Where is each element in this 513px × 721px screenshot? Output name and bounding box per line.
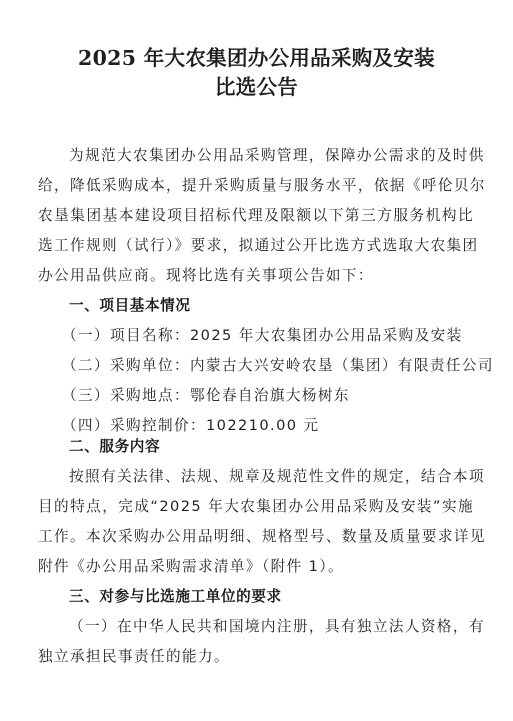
control-price-item: （四）采购控制价：102210.00 元 (62, 416, 498, 436)
service-line-2: 目的特点，完成“2025 年大农集团办公用品采购及安装”实施 (38, 497, 474, 517)
document-page: 2025 年大农集团办公用品采购及安装 比选公告 为规范大农集团办公用品采购管理… (0, 0, 513, 721)
document-title-line-1: 2025 年大农集团办公用品采购及安装 (0, 44, 513, 72)
intro-line-2: 给，降低采购成本，提升采购质量与服务水平，依据《呼伦贝尔 (38, 176, 474, 196)
section-heading-project-info: 一、项目基本情况 (69, 296, 505, 316)
intro-line-1: 为规范大农集团办公用品采购管理，保障办公需求的及时供 (69, 146, 474, 166)
intro-line-5: 办公用品供应商。现将比选有关事项公告如下： (38, 266, 474, 286)
requirement-line-1: （一）在中华人民共和国境内注册，具有独立法人资格，有 (69, 617, 474, 637)
document-title-line-2: 比选公告 (0, 73, 513, 101)
service-line-4: 附件《办公用品采购需求清单》（附件 1）。 (38, 557, 474, 577)
purchaser-item: （二）采购单位：内蒙古大兴安岭农垦（集团）有限责任公司 (62, 356, 498, 376)
project-name-item: （一）项目名称：2025 年大农集团办公用品采购及安装 (62, 326, 498, 346)
service-line-1: 按照有关法律、法规、规章及规范性文件的规定，结合本项 (69, 467, 474, 487)
intro-line-4: 选工作规则（试行）》要求，拟通过公开比选方式选取大农集团 (38, 236, 474, 256)
location-item: （三）采购地点：鄂伦春自治旗大杨树东 (62, 386, 498, 406)
service-line-3: 工作。本次采购办公用品明细、规格型号、数量及质量要求详见 (38, 527, 474, 547)
requirement-line-2: 独立承担民事责任的能力。 (38, 647, 474, 667)
section-heading-service-content: 二、服务内容 (69, 437, 505, 457)
intro-line-3: 农垦集团基本建设项目招标代理及限额以下第三方服务机构比 (38, 206, 474, 226)
section-heading-bidder-requirements: 三、对参与比选施工单位的要求 (69, 587, 505, 607)
